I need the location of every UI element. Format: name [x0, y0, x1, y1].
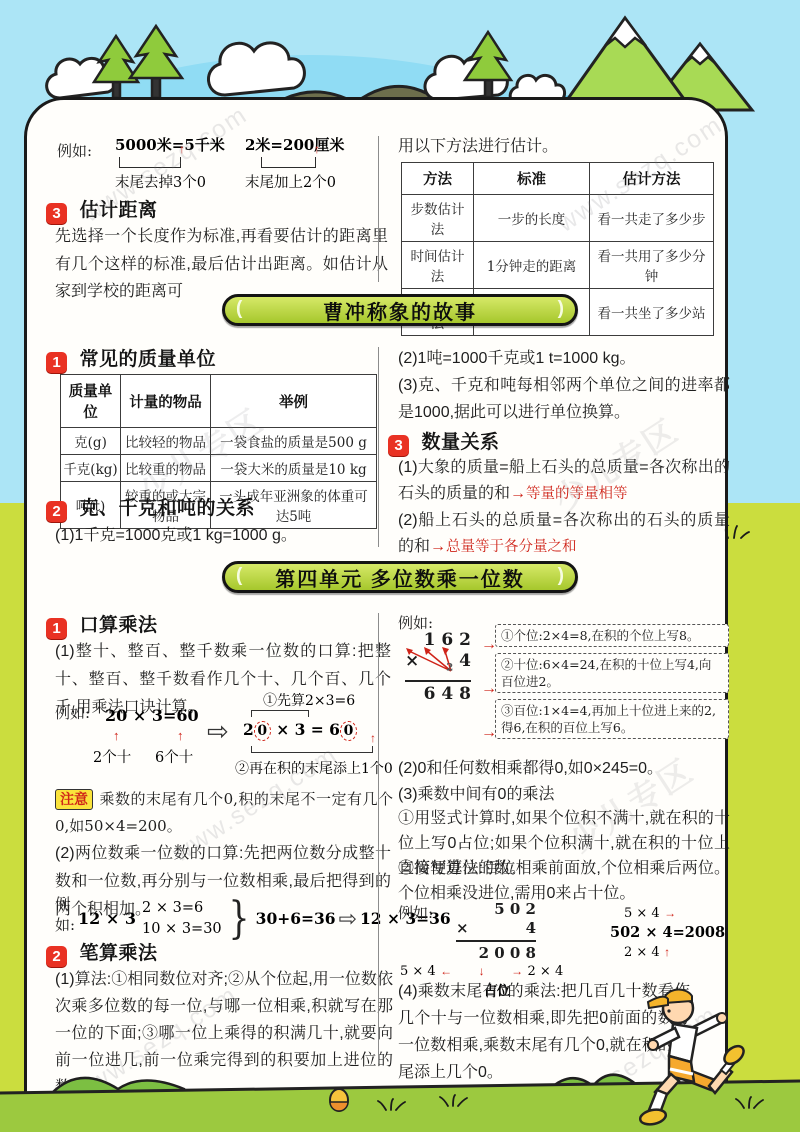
dashed-zero: 0 [254, 721, 271, 741]
right-arrow-icon: → [510, 485, 526, 502]
heading-mass-units: 1 常见的质量单位 [46, 344, 216, 373]
cell: 一袋食盐的质量是500 g [211, 428, 377, 455]
grass-tuft-icon [724, 520, 750, 544]
col-header: 质量单位 [61, 375, 121, 428]
equation: 20 × 3=60 [105, 706, 199, 725]
right-arrow-icon: → [481, 636, 497, 654]
partial-product: 2 × 4 [528, 964, 564, 979]
heading-quantity-relations: 3 数量关系 [388, 427, 499, 456]
length-example-1: 5000米=5千米 ↑ 末尾去掉3个0 [115, 134, 240, 192]
example-label: 例如: [398, 902, 433, 923]
up-arrow-icon: ↑ [179, 142, 185, 156]
product: 6 4 8 [424, 684, 471, 705]
multiplicand: 5 0 2 [494, 900, 536, 919]
cell: 千克(kg) [61, 455, 121, 482]
times-sign: × [456, 919, 469, 938]
notice-paragraph: 注意乘数的末尾有几个0,积的末尾不一定有几个0,如50×4=200。 [55, 786, 393, 840]
partial-product: 2 × 4 [624, 945, 660, 960]
annotation: 等量的等量相等 [526, 486, 628, 502]
horizontal-form: 5 × 4 → 502 × 4=2008 2 × 4 ↑ [610, 904, 725, 961]
equation: 5000米=5千米 [115, 134, 240, 155]
column-divider [378, 613, 379, 1063]
partial-product: 5 × 4 [624, 906, 660, 921]
col-header: 方法 [402, 163, 474, 195]
table-header-row: 质量单位 计量的物品 举例 [61, 375, 377, 428]
equation: 502 × 4=2008 [610, 924, 725, 941]
mass-p1: (1)1千克=1000克或1 kg=1000 g。 [55, 522, 385, 549]
down-arrow-icon: ↓ [479, 964, 485, 978]
equation: 2米=200厘米 [245, 134, 365, 155]
bracket: ↑ [261, 157, 316, 168]
right-paren-decoration: ) [558, 565, 564, 587]
right-paren-decoration: ) [558, 298, 564, 320]
banner-unit4: ( 第四单元 多位数乘一位数 ) [222, 561, 578, 593]
col-header: 估计方法 [590, 163, 714, 195]
heading-mass-relations: 2 克、千克和吨的关系 [46, 493, 255, 522]
left-arrow-icon: ← [440, 964, 452, 978]
cell: 一步的长度 [474, 195, 590, 242]
zero-equation: 20 × 3 = 60 [243, 720, 357, 741]
table-header-row: 方法 标准 估计方法 [402, 163, 714, 195]
right-arrow-icon: → [481, 724, 497, 742]
partial-product: 5 × 4 [400, 964, 436, 979]
branch-eq: 10 × 3=30 [142, 919, 222, 940]
bracket: ↑ [251, 746, 373, 753]
vertical-mult-162: 1 6 2 ×2 4 6 4 8 [405, 630, 471, 705]
right-arrow-icon: → [664, 906, 676, 920]
rule-line [405, 680, 471, 682]
bracket [251, 710, 309, 717]
table-row: 时间估计法 1分钟走的距离 看一共用了多少分钟 [402, 242, 714, 289]
brace-icon: } [228, 893, 249, 944]
col-header: 举例 [211, 375, 377, 428]
cell: 看一共走了多少步 [590, 195, 714, 242]
example-label: 例如: [55, 893, 75, 935]
example-label: 例如: [55, 702, 90, 723]
banner-caochong-story: ( 曹冲称象的故事 ) [222, 294, 578, 326]
up-arrow-icon: ↑ [113, 728, 120, 743]
carry-digit: 2 [446, 662, 453, 673]
step-1: ①先算2×3=6 [263, 690, 355, 710]
heading-text: 口算乘法 [79, 615, 157, 636]
heading-oral-mult: 1 口算乘法 [46, 610, 157, 639]
step-2: ②再在积的末尾添上1个0 [235, 758, 393, 778]
note: 末尾去掉3个0 [115, 171, 240, 192]
number-badge: 3 [388, 435, 409, 456]
banner-title: 曹冲称象的故事 [323, 296, 477, 325]
heading-text: 估计距离 [79, 200, 157, 221]
notice-text: 乘数的末尾有几个0,积的末尾不一定有几个0,如50×4=200。 [55, 790, 393, 835]
up-arrow-icon: ↑ [314, 142, 320, 156]
running-boy-illustration [633, 978, 751, 1128]
banner-title: 第四单元 多位数乘一位数 [275, 563, 525, 592]
heading-text: 笔算乘法 [79, 943, 157, 964]
number-badge: 1 [46, 618, 67, 639]
length-example-2: 2米=200厘米 ↑ 末尾加上2个0 [245, 134, 365, 192]
mass-p3: (3)克、千克和吨每相邻两个单位之间的进率都是1000,据此可以进行单位换算。 [398, 372, 730, 426]
column-divider [378, 136, 379, 282]
sum-equation: 30+6=36 [256, 909, 336, 928]
heading-written-mult: 2 笔算乘法 [46, 938, 157, 967]
table-row: 千克(kg) 比较重的物品 一袋大米的质量是10 kg [61, 455, 377, 482]
up-arrow-icon: ↑ [177, 728, 184, 743]
digit: 6 [329, 720, 340, 739]
left-paren-decoration: ( [236, 565, 242, 587]
heading-estimate-distance: 3 估计距离 [46, 195, 157, 224]
branch-diagram: 例如: 12 × 3 2 × 3=6 10 × 3=30 } 30+6=36 ⇨… [55, 893, 395, 944]
rule-line [456, 940, 536, 942]
big-arrow-icon: ⇨ [339, 906, 357, 932]
step-box-2: ②十位:6×4=24,在积的十位上写4,向百位进2。 [495, 653, 729, 693]
right-arrow-icon: → [430, 538, 446, 555]
heading-text: 常见的质量单位 [79, 349, 216, 370]
product: 2 0 0 8 [479, 944, 536, 963]
cell: 一袋大米的质量是10 kg [211, 455, 377, 482]
digit: 2 [243, 720, 254, 739]
up-arrow-icon: ↑ [370, 731, 376, 745]
mult-zero-rule: (2)0和任何数相乘都得0,如0×245=0。 [398, 755, 728, 782]
operator: × 3 = [276, 720, 324, 739]
multiplier: 4 [459, 651, 471, 671]
column-divider [378, 347, 379, 547]
mass-q1: (1)大象的质量=船上石头的总质量=各次称出的石头的质量的和→等量的等量相等 [398, 455, 730, 507]
vertical-mult-502: 5 0 2 ×4 2 0 0 8 [456, 900, 536, 963]
mid-zero-heading: (3)乘数中间有0的乘法 [398, 781, 728, 808]
table-row: 克(g) 比较轻的物品 一袋食盐的质量是500 g [61, 428, 377, 455]
number-badge: 1 [46, 352, 67, 373]
big-arrow-icon: ⇨ [207, 718, 229, 744]
step-box-3: ③百位:1×4=4,再加上十位进上来的2,得6,在积的百位上写6。 [495, 699, 729, 739]
dashed-zero: 0 [340, 721, 357, 741]
multiplicand: 1 6 2 [424, 630, 471, 651]
up-arrow-icon: ↑ [664, 945, 670, 959]
study-sheet-page: 例如: 5000米=5千米 ↑ 末尾去掉3个0 2米=200厘米 ↑ 末尾加上2… [0, 0, 800, 1132]
mass-p2: (2)1吨=1000千克或1 t=1000 kg。 [398, 345, 728, 372]
branch-lines: 2 × 3=6 10 × 3=30 [142, 898, 222, 940]
left-paren-decoration: ( [236, 298, 242, 320]
bracket: ↑ [119, 157, 181, 168]
cell: 看一共用了多少分钟 [590, 242, 714, 289]
mass-q2: (2)船上石头的总质量=各次称出的石头的质量的和→总量等于各分量之和 [398, 508, 730, 560]
cell: 步数估计法 [402, 195, 474, 242]
number-badge: 3 [46, 203, 67, 224]
cell: 时间估计法 [402, 242, 474, 289]
oral-example-diagram: 例如: 20 × 3=60 ↑ ↑ 2个十 6个十 ⇨ ①先算2×3=6 20 … [55, 690, 393, 778]
note: 末尾加上2个0 [245, 171, 365, 192]
cell: 1分钟走的距离 [474, 242, 590, 289]
multiplier: 4 [526, 919, 536, 938]
heading-text: 克、千克和吨的关系 [79, 498, 255, 519]
example-label: 例如: [57, 140, 92, 161]
base-equation: 12 × 3 [78, 909, 136, 928]
right-arrow-icon: → [511, 964, 523, 978]
right-arrow-icon: → [481, 680, 497, 698]
content-card: 例如: 5000米=5千米 ↑ 末尾去掉3个0 2米=200厘米 ↑ 末尾加上2… [24, 97, 728, 1103]
col-header: 标准 [474, 163, 590, 195]
cell: 比较重的物品 [121, 455, 211, 482]
cell: 克(g) [61, 428, 121, 455]
annotation: 总量等于各分量之和 [446, 539, 577, 555]
heading-text: 数量关系 [421, 432, 499, 453]
estimate-intro: 用以下方法进行估计。 [398, 133, 718, 160]
col-header: 计量的物品 [121, 375, 211, 428]
notice-badge: 注意 [55, 789, 93, 810]
times-sign: × [405, 651, 419, 678]
tens-label: 6个十 [155, 746, 193, 767]
table-row: 步数估计法 一步的长度 看一共走了多少步 [402, 195, 714, 242]
number-badge: 2 [46, 501, 67, 522]
cell: 比较轻的物品 [121, 428, 211, 455]
mid-zero-rule-2: ②简便算法:百位相乘前面放,个位相乘后两位。个位相乘没进位,需用0来占十位。 [398, 856, 730, 906]
tens-label: 2个十 [93, 746, 131, 767]
cell: 看一共坐了多少站 [590, 289, 714, 336]
number-badge: 2 [46, 946, 67, 967]
step-box-1: ①个位:2×4=8,在积的个位上写8。 [495, 624, 729, 647]
branch-eq: 2 × 3=6 [142, 898, 222, 919]
snail-icon [330, 1089, 348, 1111]
step-boxes: → ①个位:2×4=8,在积的个位上写8。 → ②十位:6×4=24,在积的十位… [495, 624, 729, 739]
